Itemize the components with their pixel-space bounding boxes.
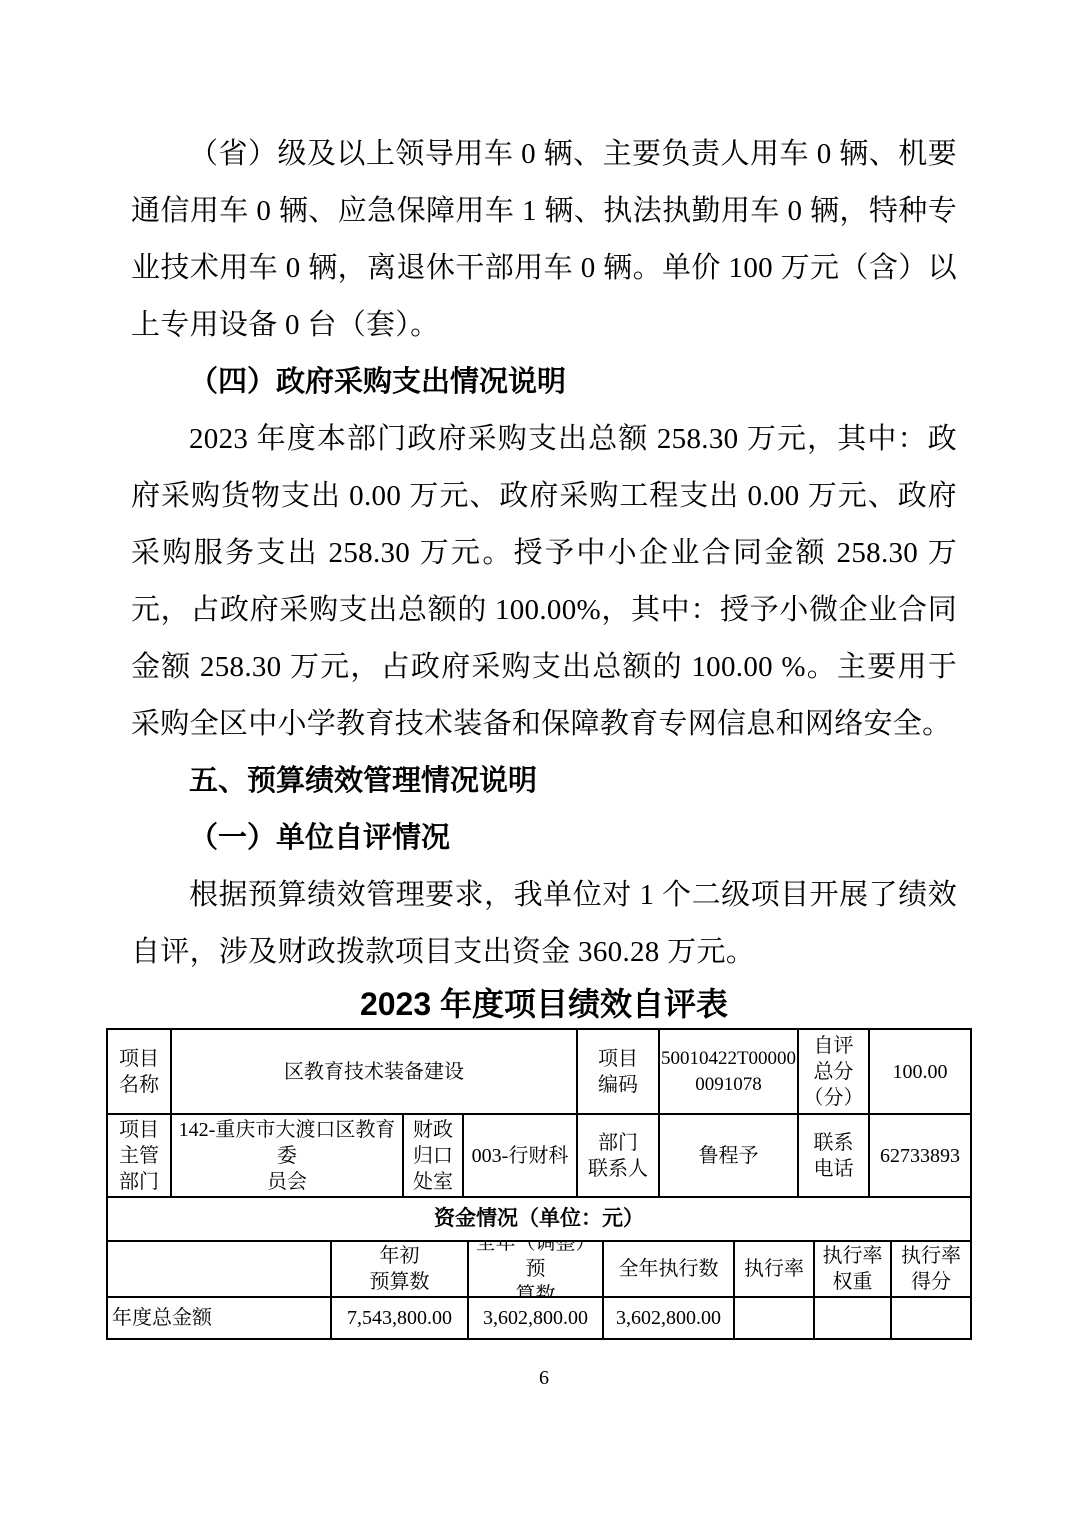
funds-header-executed: 全年执行数 <box>604 1242 735 1296</box>
table-row-project: 项目 名称 区教育技术装备建设 项目 编码 50010422T00000 009… <box>108 1030 970 1115</box>
dept-contact-value: 鲁程予 <box>660 1115 799 1196</box>
funds-header-blank <box>108 1242 332 1296</box>
supervising-dept-value: 142-重庆市大渡口区教育委 员会 <box>172 1115 404 1196</box>
label-contact-phone: 联系 电话 <box>799 1115 870 1196</box>
funds-header-execution-rate: 执行率 <box>735 1242 815 1296</box>
label-project-code: 项目 编码 <box>578 1030 660 1113</box>
paragraph-vehicles: （省）级及以上领导用车 0 辆、主要负责人用车 0 辆、机要通信用车 0 辆、应… <box>131 126 957 354</box>
self-eval-score-value: 100.00 <box>870 1030 970 1113</box>
annual-total-execution-rate <box>735 1298 815 1338</box>
project-code-value: 50010422T00000 0091078 <box>660 1030 799 1113</box>
performance-self-eval-table: 项目 名称 区教育技术装备建设 项目 编码 50010422T00000 009… <box>106 1028 972 1340</box>
annual-total-initial-budget: 7,543,800.00 <box>332 1298 469 1338</box>
table-row-funds-section: 资金情况（单位：元） <box>108 1198 970 1242</box>
annual-total-rate-score <box>892 1298 970 1338</box>
annual-total-executed: 3,602,800.00 <box>604 1298 735 1338</box>
document-page: （省）级及以上领导用车 0 辆、主要负责人用车 0 辆、机要通信用车 0 辆、应… <box>0 0 1074 1520</box>
annual-total-label: 年度总金额 <box>108 1298 332 1338</box>
label-finance-office: 财政 归口 处室 <box>404 1115 464 1196</box>
table-row-funds-header: 年初 预算数 全年（调整）预 算数 全年执行数 执行率 执行率 权重 执行率 得… <box>108 1242 970 1298</box>
label-project-name: 项目 名称 <box>108 1030 172 1113</box>
funds-header-rate-score: 执行率 得分 <box>892 1242 970 1296</box>
label-dept-contact: 部门 联系人 <box>578 1115 660 1196</box>
page-number: 6 <box>131 1366 957 1390</box>
annual-total-rate-weight <box>815 1298 892 1338</box>
heading-self-eval: （一）单位自评情况 <box>131 810 957 867</box>
heading-gov-procurement: （四）政府采购支出情况说明 <box>131 354 957 411</box>
funds-header-adjusted-budget: 全年（调整）预 算数 <box>469 1242 604 1296</box>
funds-section-title: 资金情况（单位：元） <box>108 1198 970 1240</box>
paragraph-procurement: 2023 年度本部门政府采购支出总额 258.30 万元，其中：政府采购货物支出… <box>131 411 957 753</box>
finance-office-value: 003-行财科 <box>464 1115 578 1196</box>
funds-header-initial-budget: 年初 预算数 <box>332 1242 469 1296</box>
table-title: 2023 年度项目绩效自评表 <box>131 981 957 1028</box>
table-row-annual-total: 年度总金额 7,543,800.00 3,602,800.00 3,602,80… <box>108 1298 970 1338</box>
heading-performance-mgmt: 五、预算绩效管理情况说明 <box>131 753 957 810</box>
funds-header-rate-weight: 执行率 权重 <box>815 1242 892 1296</box>
table-row-department: 项目 主管 部门 142-重庆市大渡口区教育委 员会 财政 归口 处室 003-… <box>108 1115 970 1198</box>
label-supervising-dept: 项目 主管 部门 <box>108 1115 172 1196</box>
label-self-eval-score: 自评 总分 （分） <box>799 1030 870 1113</box>
contact-phone-value: 62733893 <box>870 1115 970 1196</box>
annual-total-adjusted-budget: 3,602,800.00 <box>469 1298 604 1338</box>
paragraph-self-eval: 根据预算绩效管理要求，我单位对 1 个二级项目开展了绩效自评，涉及财政拨款项目支… <box>131 867 957 981</box>
project-name-value: 区教育技术装备建设 <box>172 1030 578 1113</box>
